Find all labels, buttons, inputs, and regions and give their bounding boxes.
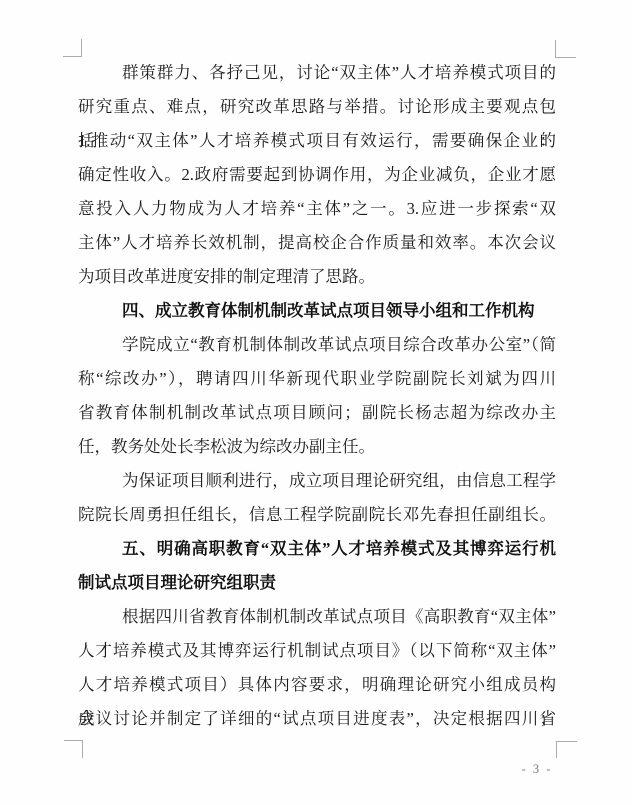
body-line: 确定性收入。2.政府需要起到协调作用，为企业减负，企业才愿 (78, 158, 556, 192)
body-line: 院院长周勇担任组长，信息工程学院副院长邓先春担任副组长。 (78, 498, 556, 532)
section-heading-4: 四、成立教育体制机制改革试点项目领导小组和工作机构 (78, 294, 556, 328)
body-line: 人才培养模式项目）具体内容要求，明确理论研究小组成员构成； (78, 668, 556, 702)
crop-mark-bottom-right (556, 741, 577, 758)
body-line: 称“综改办”），聘请四川华新现代职业学院副院长刘斌为四川 (78, 362, 556, 396)
body-line: 学院成立“教育机制体制改革试点项目综合改革办公室”（简 (78, 328, 556, 362)
body-line: 任，教务处处长李松波为综改办副主任。 (78, 430, 556, 464)
crop-mark-top-left (63, 39, 82, 57)
body-line: 研究重点、难点，研究改革思路与举措。讨论形成主要观点包括： (78, 90, 556, 124)
body-line: 会议讨论并制定了详细的“试点项目进度表”，决定根据四川省 (78, 702, 556, 736)
body-line: 为保证项目顺利进行，成立项目理论研究组，由信息工程学 (78, 464, 556, 498)
body-line: 为项目改革进度安排的制定理清了思路。 (78, 260, 556, 294)
body-line: 人才培养模式及其博弈运行机制试点项目》（以下简称“双主体” (78, 634, 556, 668)
section-heading-5: 五、明确高职教育“双主体”人才培养模式及其博弈运行机 (78, 532, 556, 566)
page-number: - 3 - (507, 762, 567, 777)
section-heading-5-line2: 制试点项目理论研究组职责 (78, 566, 556, 600)
crop-mark-top-right (555, 40, 576, 58)
body-line: 主体”人才培养长效机制，提高校企合作质量和效率。本次会议 (78, 226, 556, 260)
body-line: 1.推动“双主体”人才培养模式项目有效运行，需要确保企业的 (78, 124, 556, 158)
body-line: 根据四川省教育体制机制改革试点项目《高职教育“双主体” (78, 600, 556, 634)
document-page: 群策群力、各抒己见，讨论“双主体”人才培养模式项目的 研究重点、难点，研究改革思… (0, 0, 632, 805)
crop-mark-bottom-left (64, 740, 83, 758)
body-line: 省教育体制机制改革试点项目顾问；副院长杨志超为综改办主 (78, 396, 556, 430)
body-line: 群策群力、各抒己见，讨论“双主体”人才培养模式项目的 (78, 56, 556, 90)
document-body: 群策群力、各抒己见，讨论“双主体”人才培养模式项目的 研究重点、难点，研究改革思… (78, 56, 556, 736)
body-line: 意投入人力物成为人才培养“主体”之一。3.应进一步探索“双 (78, 192, 556, 226)
